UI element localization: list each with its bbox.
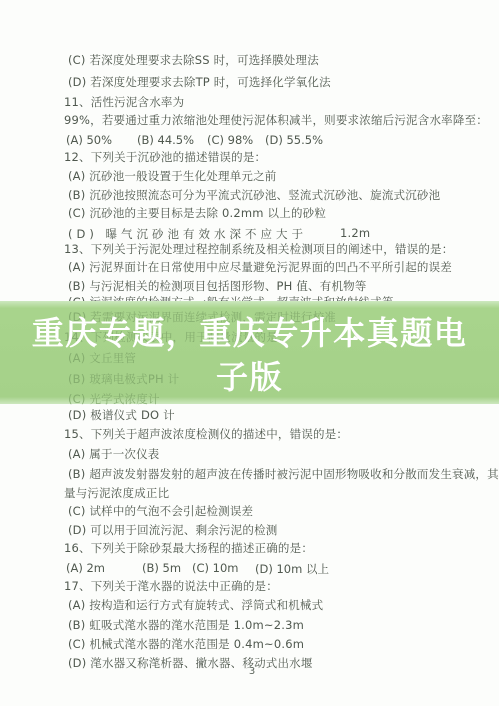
question-line: 16、下列关于除砂泵最大扬程的描述正确的是： (64, 542, 313, 555)
answer-options-row: (A) 50% (B) 44.5% (C) 98% (D) 55.5% (0, 133, 499, 147)
watermark-title-line1: 重庆专题，重庆专升本真题电 (0, 313, 499, 353)
option-line: (C) 试样中的气泡不会引起检测误差 (68, 505, 253, 518)
option-line: (D) 若深度处理要求去除TP 时，可选择化学氧化法 (68, 76, 331, 89)
question-line: 12、下列关于沉砂池的描述错误的是： (64, 151, 266, 164)
question-line: 15、下列关于超声波浓度检测仪的描述中，错误的是： (64, 428, 348, 441)
continuation-line: 量与污泥浓度成正比 (64, 487, 169, 500)
option-a: (A) 2m (66, 561, 105, 575)
option-line-justified: (D) 曝气沉砂池有效水深不应大于 1.2m (0, 226, 499, 240)
answer-options-row: (A) 2m (B) 5m (C) 10m (D) 10m 以上 (0, 561, 499, 575)
page-number: 3 (0, 666, 499, 677)
option-b: (B) 5m (142, 561, 181, 575)
option-line: (B) 超声波发射器发射的超声波在传播时被污泥中固形物吸收和分散而发生衰减，其衰… (68, 468, 499, 481)
option-line: (A) 沉砂池一般设置于生化处理单元之前 (68, 170, 277, 183)
option-line: (D) 极谱仪式 DO 计 (68, 409, 175, 422)
option-d: (D) 10m 以上 (255, 561, 329, 577)
document-page: (C) 若深度处理要求去除SS 时，可选择膜处理法 (D) 若深度处理要求去除T… (0, 0, 499, 706)
question-line: 17、下列关于滗水器的说法中正确的是： (64, 580, 278, 593)
option-a: (A) 50% (66, 133, 112, 147)
watermark-title-line2: 子版 (0, 357, 499, 397)
option-line: (C) 若深度处理要求去除SS 时，可选择膜处理法 (68, 54, 319, 67)
option-d-value: 1.2m (340, 226, 370, 240)
option-d-label: (D) 曝气沉砂池有效水深不应大于 (68, 226, 307, 242)
option-line: (B) 沉砂池按照流态可分为平流式沉砂池、竖流式沉砂池、旋流式沉砂池 (68, 189, 440, 202)
continuation-line: 99%，若要通过重力浓缩池处理使污泥体积减半，则要求浓缩后污泥含水率降至： (64, 114, 488, 127)
option-c: (C) 98% (207, 133, 253, 147)
option-line: (A) 按构造和运行方式有旋转式、浮筒式和机械式 (68, 599, 323, 612)
option-b: (B) 44.5% (137, 133, 194, 147)
option-line: (B) 虹吸式滗水器的滗水范围是 1.0m~2.3m (68, 619, 304, 632)
option-d: (D) 55.5% (265, 133, 323, 147)
option-line: (B) 与污泥相关的检测项目包括图形物、PH 值、有机物等 (68, 280, 367, 293)
option-line: (D) 可以用于回流污泥、剩余污泥的检测 (68, 524, 277, 537)
question-line: 13、下列关于污泥处理过程控制系统及相关检测项目的阐述中，错误的是： (64, 243, 453, 256)
option-line: (C) 沉砂池的主要目标是去除 0.2mm 以上的砂粒 (68, 207, 326, 220)
option-line: (C) 机械式滗水器的滗水范围是 0.4m~0.6m (68, 638, 304, 651)
option-c: (C) 10m (192, 561, 239, 575)
question-line: 11、活性污泥含水率为 (64, 96, 184, 109)
option-line: (A) 属于一次仪表 (68, 448, 160, 461)
option-line: (A) 污泥界面计在日常使用中应尽量避免污泥界面的凹凸不平所引起的误差 (68, 261, 452, 274)
